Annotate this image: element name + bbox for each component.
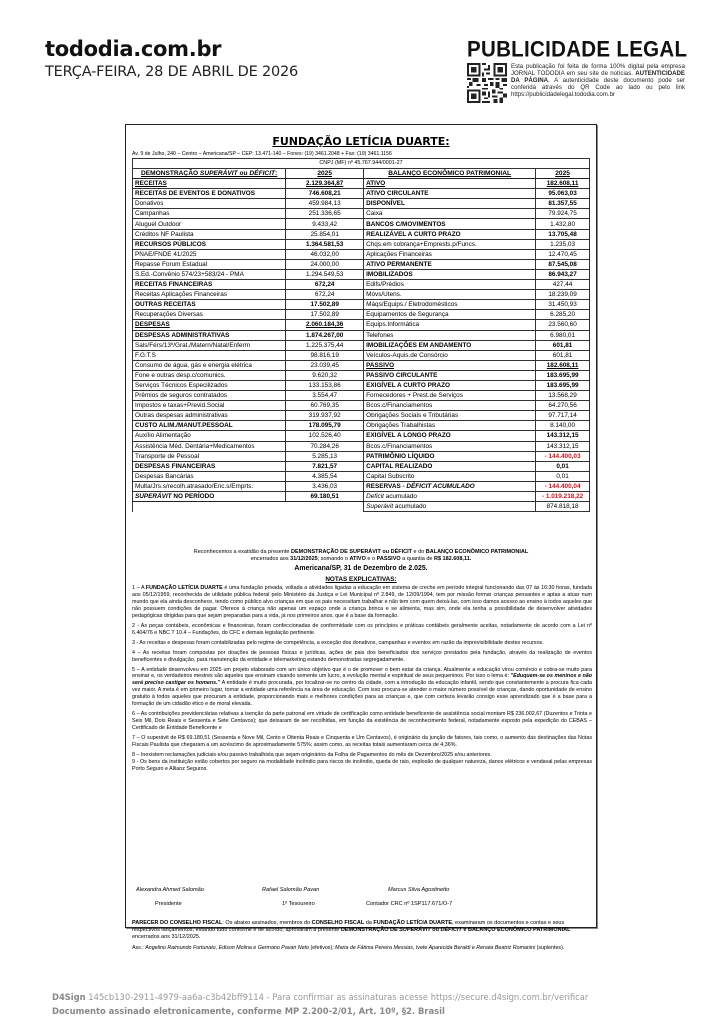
left-row-value: 2.060.184,36	[286, 320, 364, 330]
right-row-label: Deficit acumulado	[364, 492, 536, 502]
right-row-value: 601,81	[536, 350, 590, 360]
right-row-value: 13.568,29	[536, 391, 590, 401]
place-and-date: Americana/SP, 31 de Dezembro de 2.025.	[126, 565, 596, 572]
right-row-value: 87.545,08	[536, 259, 590, 269]
explanatory-notes: 1 – A FUNDAÇÃO LETÍCIA DUARTE é uma fund…	[132, 585, 592, 776]
table-row: Sals/Férs/13º/Grat./Matern/Natal/Enferm1…	[133, 340, 590, 350]
financial-statement-table: CNPJ (MF) nº 45.767.944/0001-27 DEMONSTR…	[132, 158, 590, 512]
notes-title: NOTAS EXPLICATIVAS:	[126, 576, 596, 583]
right-row-value: 31.450,93	[536, 300, 590, 310]
left-row-value: 1.874.267,00	[286, 330, 364, 340]
left-row-label: CUSTO ALIM./MANUT.PESSOAL	[133, 421, 286, 431]
right-row-label: REALIZÁVEL A CURTO PRAZO	[364, 229, 536, 239]
right-row-value: 182.608,11	[536, 360, 590, 370]
left-row-label: Multa/Jrs.s/recolh.atrasado/Enc.s/Emprts…	[133, 481, 286, 491]
left-row-value: 2.129.364,87	[286, 179, 364, 189]
role-treasurer: 1º Tesoureiro	[282, 901, 315, 907]
right-row-value: 143.312,15	[536, 441, 590, 451]
left-row-label: Donativos	[133, 199, 286, 209]
right-row-label: Fornecedores + Prest.de Serviços	[364, 391, 536, 401]
right-row-label: PATRIMÔNIO LÍQUIDO	[364, 451, 536, 461]
role-president: Presidente	[155, 901, 182, 907]
left-row-value: 7.821,57	[286, 461, 364, 471]
right-row-label: Bcos.c/Financiamentos	[364, 441, 536, 451]
right-row-value: 427,44	[536, 280, 590, 290]
right-row-value: 64.270,56	[536, 401, 590, 411]
table-row: Assistência Méd. Dentária+Medicamentos70…	[133, 441, 590, 451]
table-row: Fone e outras desp.c/comunics.9.620,32PA…	[133, 370, 590, 380]
year-header-left: 2025	[286, 169, 364, 179]
table-row: Donativos459.984,13DISPONÍVEL81.357,55	[133, 199, 590, 209]
left-row-value: 133.153,86	[286, 380, 364, 390]
right-row-label: ATIVO	[364, 179, 536, 189]
right-row-label: ATIVO PERMANENTE	[364, 259, 536, 269]
right-row-value: 97.717,14	[536, 411, 590, 421]
right-row-label: Equips.Informática	[364, 320, 536, 330]
left-row-value: 178.095,79	[286, 421, 364, 431]
right-row-label: Obrigações Sociais e Tributárias	[364, 411, 536, 421]
table-row: DESPESAS FINANCEIRAS7.821,57CAPITAL REAL…	[133, 461, 590, 471]
left-row-label: Despesas Bancárias	[133, 471, 286, 481]
publicidade-legal-title: PUBLICIDADE LEGAL	[467, 37, 687, 63]
left-row-label: Créditos NF Paulista	[133, 229, 286, 239]
left-row-value: 102.526,40	[286, 431, 364, 441]
left-row-label: RECEITAS FINANCEIRAS	[133, 280, 286, 290]
right-row-label: IMOBILIZADOS	[364, 269, 536, 279]
left-row-label: RECEITAS DE EVENTOS E DONATIVOS	[133, 189, 286, 199]
right-row-value: 95.063,03	[536, 189, 590, 199]
electronic-signature-notice: Documento assinado eletronicamente, conf…	[52, 1006, 445, 1016]
left-row-value: 459.984,13	[286, 199, 364, 209]
table-row: F.G.T.S98.816,19Veículos-Aquis.de Consór…	[133, 350, 590, 360]
right-row-value: 874.818,18	[536, 502, 590, 512]
d4sign-verification: D4Sign 145cb130-2911-4979-aa6a-c3b42bff9…	[52, 992, 588, 1002]
right-row-label: EXIGÍVEL A LONGO PRAZO	[364, 431, 536, 441]
foundation-address: Av. 9 de Julho, 240 – Centro – Americana…	[132, 151, 392, 157]
table-row: RECEITAS DE EVENTOS E DONATIVOS746.608,2…	[133, 189, 590, 199]
left-row-label: SUPERÁVIT NO PERÍODO	[133, 492, 286, 502]
right-row-label: Telefones	[364, 330, 536, 340]
left-row-label: Campanhas	[133, 209, 286, 219]
right-row-value: 1.432,80	[536, 219, 590, 229]
right-row-label: PASSIVO	[364, 360, 536, 370]
d4sign-link-text[interactable]: 145cb130-2911-4979-aa6a-c3b42bff9114 - P…	[86, 992, 589, 1002]
table-row: RECEITAS FINANCEIRAS672,24Edifs/Prédios4…	[133, 280, 590, 290]
left-row-label: Aluguel Outdoor	[133, 219, 286, 229]
left-row-value: 98.816,19	[286, 350, 364, 360]
right-row-value: 81.357,55	[536, 199, 590, 209]
table-row: Recuperações Diversas17.502,89Equipament…	[133, 310, 590, 320]
left-row-label: Prêmios de seguros contratados	[133, 391, 286, 401]
left-row-value: 1.294.549,53	[286, 269, 364, 279]
left-row-value: 9.433,42	[286, 219, 364, 229]
note-6: 6 – As contribuições previdenciárias rel…	[132, 711, 592, 732]
table-row: Multa/Jrs.s/recolh.atrasado/Enc.s/Emprts…	[133, 481, 590, 491]
table-row: Despesas Bancárias4.385,54Capital Subscr…	[133, 471, 590, 481]
balance-sheet-header: BALANÇO ECONÔMICO PATRIMONIAL	[364, 169, 536, 179]
table-row: Aluguel Outdoor9.433,42BANCOS C/MOVIMENT…	[133, 219, 590, 229]
left-row-value: 672,24	[286, 290, 364, 300]
right-row-label: Capital Subscrito	[364, 471, 536, 481]
right-row-label: Móvs/Utens.	[364, 290, 536, 300]
legal-notice-document: FUNDAÇÃO LETÍCIA DUARTE: Av. 9 de Julho,…	[125, 124, 597, 928]
left-row-label: DESPESAS ADMINISTRATIVAS	[133, 330, 286, 340]
foundation-title: FUNDAÇÃO LETÍCIA DUARTE:	[126, 135, 596, 148]
table-row: Serviços Técnicos Especilizados133.153,8…	[133, 380, 590, 390]
right-row-value: 183.695,99	[536, 370, 590, 380]
left-row-value: 24.000,00	[286, 259, 364, 269]
left-row-label: Outras despesas administrativas	[133, 411, 286, 421]
right-row-value: 143.312,15	[536, 431, 590, 441]
signature-president: Alexandra Ahmed Salomão	[136, 887, 204, 893]
signature-treasurer: Rafael Salomão Pavan	[262, 887, 319, 893]
left-row-label: OUTRAS RECEITAS	[133, 300, 286, 310]
left-row-label: S.Ed.-Convênio 574/23+583/24 - PMA	[133, 269, 286, 279]
table-row: Campanhas251.336,65Caixa79.924,75	[133, 209, 590, 219]
note-5: 5 – A entidade desenvolveu em 2025 um pr…	[132, 667, 592, 709]
right-row-label: BANCOS C/MOVIMENTOS	[364, 219, 536, 229]
table-row: CUSTO ALIM./MANUT.PESSOAL178.095,79Obrig…	[133, 421, 590, 431]
left-row-label: Transporte de Pessoal	[133, 451, 286, 461]
note-9: 9 - Os bens da instituição estão coberto…	[132, 759, 592, 773]
right-row-value: 0,01	[536, 471, 590, 481]
left-row-label: Fone e outras desp.c/comunics.	[133, 370, 286, 380]
table-row: Auxílio Alimentação102.526,40EXIGÍVEL A …	[133, 431, 590, 441]
left-row-value: 251.336,65	[286, 209, 364, 219]
right-row-label: IMOBILIZAÇÕES EM ANDAMENTO	[364, 340, 536, 350]
right-row-value: 86.943,27	[536, 269, 590, 279]
right-row-value: - 1.019.218,22	[536, 492, 590, 502]
table-row: DESPESAS2.060.184,36Equips.Informática23…	[133, 320, 590, 330]
left-row-label: Consumo de água, gás e energia elétrica	[133, 360, 286, 370]
left-row-value: 319.937,92	[286, 411, 364, 421]
left-row-label: Assistência Méd. Dentária+Medicamentos	[133, 441, 286, 451]
right-row-label: Aplicações Financeiras	[364, 249, 536, 259]
left-row-value: 23.039,45	[286, 360, 364, 370]
right-row-value: - 144.400,04	[536, 481, 590, 491]
left-row-label: Impostos e taxas+Previd.Social	[133, 401, 286, 411]
table-row: RECEITAS2.129.364,87ATIVO182.608,11	[133, 179, 590, 189]
right-row-label: RESERVAS - DÉFICIT ACUMULADO	[364, 481, 536, 491]
table-row: DESPESAS ADMINISTRATIVAS1.874.267,00Tele…	[133, 330, 590, 340]
left-row-value: 17.502,89	[286, 300, 364, 310]
table-row: Repasse Forum Estadual24.000,00ATIVO PER…	[133, 259, 590, 269]
right-row-value: 23.560,60	[536, 320, 590, 330]
right-row-label: Caixa	[364, 209, 536, 219]
table-row: Outras despesas administrativas319.937,9…	[133, 411, 590, 421]
left-row-label: Repasse Forum Estadual	[133, 259, 286, 269]
right-row-label: DISPONÍVEL	[364, 199, 536, 209]
right-row-label: Chqs.em cobrança+Emprests.p/Funcs.	[364, 239, 536, 249]
right-row-label: Máqs/Equips./ Eletrodomésticos	[364, 300, 536, 310]
left-row-value: 60.769,35	[286, 401, 364, 411]
right-row-value: 6.285,20	[536, 310, 590, 320]
left-row-label: Receitas Aplicações Financeiras	[133, 290, 286, 300]
right-row-value: 79.924,75	[536, 209, 590, 219]
note-1: 1 – A FUNDAÇÃO LETÍCIA DUARTE é uma fund…	[132, 585, 592, 620]
left-row-label	[133, 502, 286, 512]
left-row-value: 1.364.581,53	[286, 239, 364, 249]
right-row-label: Superávit acumulado	[364, 502, 536, 512]
table-row: Transporte de Pessoal5.285,13PATRIMÔNIO …	[133, 451, 590, 461]
right-row-value: 6.980,01	[536, 330, 590, 340]
table-row: Consumo de água, gás e energia elétrica2…	[133, 360, 590, 370]
right-row-label: PASSIVO CIRCULANTE	[364, 370, 536, 380]
table-row: Superávit acumulado874.818,18	[133, 502, 590, 512]
surplus-deficit-header: DEMONSTRAÇÃO SUPERÁVIT ou DÉFICIT:	[133, 169, 286, 179]
right-row-value: 8.140,00	[536, 421, 590, 431]
left-row-value: 70.284,26	[286, 441, 364, 451]
qr-code-icon[interactable]	[467, 63, 507, 103]
right-row-label: Bcos.c/Financiamentos	[364, 401, 536, 411]
right-row-value: 18.239,09	[536, 290, 590, 300]
left-row-value: 1.225.375,44	[286, 340, 364, 350]
left-row-label: Sals/Férs/13º/Grat./Matern/Natal/Enferm	[133, 340, 286, 350]
right-row-label: Veículos-Aquis.de Consórcio	[364, 350, 536, 360]
site-name: tododia.com.br	[45, 37, 221, 61]
left-row-label: DESPESAS	[133, 320, 286, 330]
right-row-label: Edifs/Prédios	[364, 280, 536, 290]
right-row-label: EXIGÍVEL A CURTO PRAZO	[364, 380, 536, 390]
fiscal-council-opinion: PARECER DO CONSELHO FISCAL: Os abaixo as…	[132, 920, 592, 941]
left-row-label: DESPESAS FINANCEIRAS	[133, 461, 286, 471]
left-row-value: 672,24	[286, 280, 364, 290]
table-row: Prêmios de seguros contratados3.554,47Fo…	[133, 391, 590, 401]
table-row: OUTRAS RECEITAS17.502,89Máqs/Equips./ El…	[133, 300, 590, 310]
authenticity-note: Esta publicação foi feita de forma 100% …	[511, 63, 685, 98]
left-row-value: 17.502,89	[286, 310, 364, 320]
role-accountant: Contador CRC nº 1SP117.671/O-7	[366, 901, 452, 907]
left-row-label: F.G.T.S	[133, 350, 286, 360]
note-7: 7 – O superávit de R$ 69.180,51 (Sessent…	[132, 735, 592, 749]
note-2: 2 - As peças contábeis, econômicas e fin…	[132, 623, 592, 637]
table-row: RECURSOS PÚBLICOS1.364.581,53Chqs.em cob…	[133, 239, 590, 249]
year-header-right: 2025	[536, 169, 590, 179]
table-row: SUPERÁVIT NO PERÍODO69.180,51Deficit acu…	[133, 492, 590, 502]
left-row-value: 4.385,54	[286, 471, 364, 481]
left-row-value: 746.608,21	[286, 189, 364, 199]
left-row-label: RECEITAS	[133, 179, 286, 189]
recognition-statement: Reconhecemos a exatidão da presente DEMO…	[126, 549, 596, 563]
council-signatories: Ass.: Angelino Raimundo Fortunato, Ediso…	[132, 945, 592, 952]
d4sign-brand: D4Sign	[52, 992, 86, 1002]
left-row-value: 69.180,51	[286, 492, 364, 502]
left-row-label: Auxílio Alimentação	[133, 431, 286, 441]
left-row-label: RECURSOS PÚBLICOS	[133, 239, 286, 249]
left-row-label: PNAE/FNDE 41/2025	[133, 249, 286, 259]
right-row-value: 13.705,48	[536, 229, 590, 239]
table-row: Impostos e taxas+Previd.Social60.769,35B…	[133, 401, 590, 411]
publication-date: TERÇA-FEIRA, 28 DE ABRIL DE 2026	[45, 64, 298, 80]
left-row-value: 5.285,13	[286, 451, 364, 461]
right-row-value: 183.695,99	[536, 380, 590, 390]
right-row-value: 1.235,03	[536, 239, 590, 249]
right-row-label: Obrigações Trabalhistas	[364, 421, 536, 431]
right-row-value: 182.608,11	[536, 179, 590, 189]
table-row: Receitas Aplicações Financeiras672,24Móv…	[133, 290, 590, 300]
left-row-value: 9.620,32	[286, 370, 364, 380]
left-row-value: 46.032,00	[286, 249, 364, 259]
cnpj: CNPJ (MF) nº 45.767.944/0001-27	[133, 159, 590, 169]
note-4: 4 – As receitas foram compostas por doaç…	[132, 650, 592, 664]
right-row-value: 0,01	[536, 461, 590, 471]
note-8: 8 – Inexistem reclamações judiciais e/ou…	[132, 752, 592, 759]
left-row-label: Serviços Técnicos Especilizados	[133, 380, 286, 390]
left-row-value: 3.436,03	[286, 481, 364, 491]
table-row: S.Ed.-Convênio 574/23+583/24 - PMA1.294.…	[133, 269, 590, 279]
table-row: Créditos NF Paulista25.854,01REALIZÁVEL …	[133, 229, 590, 239]
right-row-label: ATIVO CIRCULANTE	[364, 189, 536, 199]
right-row-value: - 144.400,03	[536, 451, 590, 461]
right-row-label: Equipamentos de Segurança	[364, 310, 536, 320]
table-row: PNAE/FNDE 41/202546.032,00Aplicações Fin…	[133, 249, 590, 259]
right-row-value: 601,81	[536, 340, 590, 350]
signature-accountant: Marcus Silva Agostinetto	[388, 887, 449, 893]
left-row-value: 25.854,01	[286, 229, 364, 239]
right-row-value: 12.470,45	[536, 249, 590, 259]
note-3: 3 - As receitas e despesas foram contabi…	[132, 640, 592, 647]
left-row-value	[286, 502, 364, 512]
left-row-value: 3.554,47	[286, 391, 364, 401]
left-row-label: Recuperações Diversas	[133, 310, 286, 320]
right-row-label: CAPITAL REALIZADO	[364, 461, 536, 471]
